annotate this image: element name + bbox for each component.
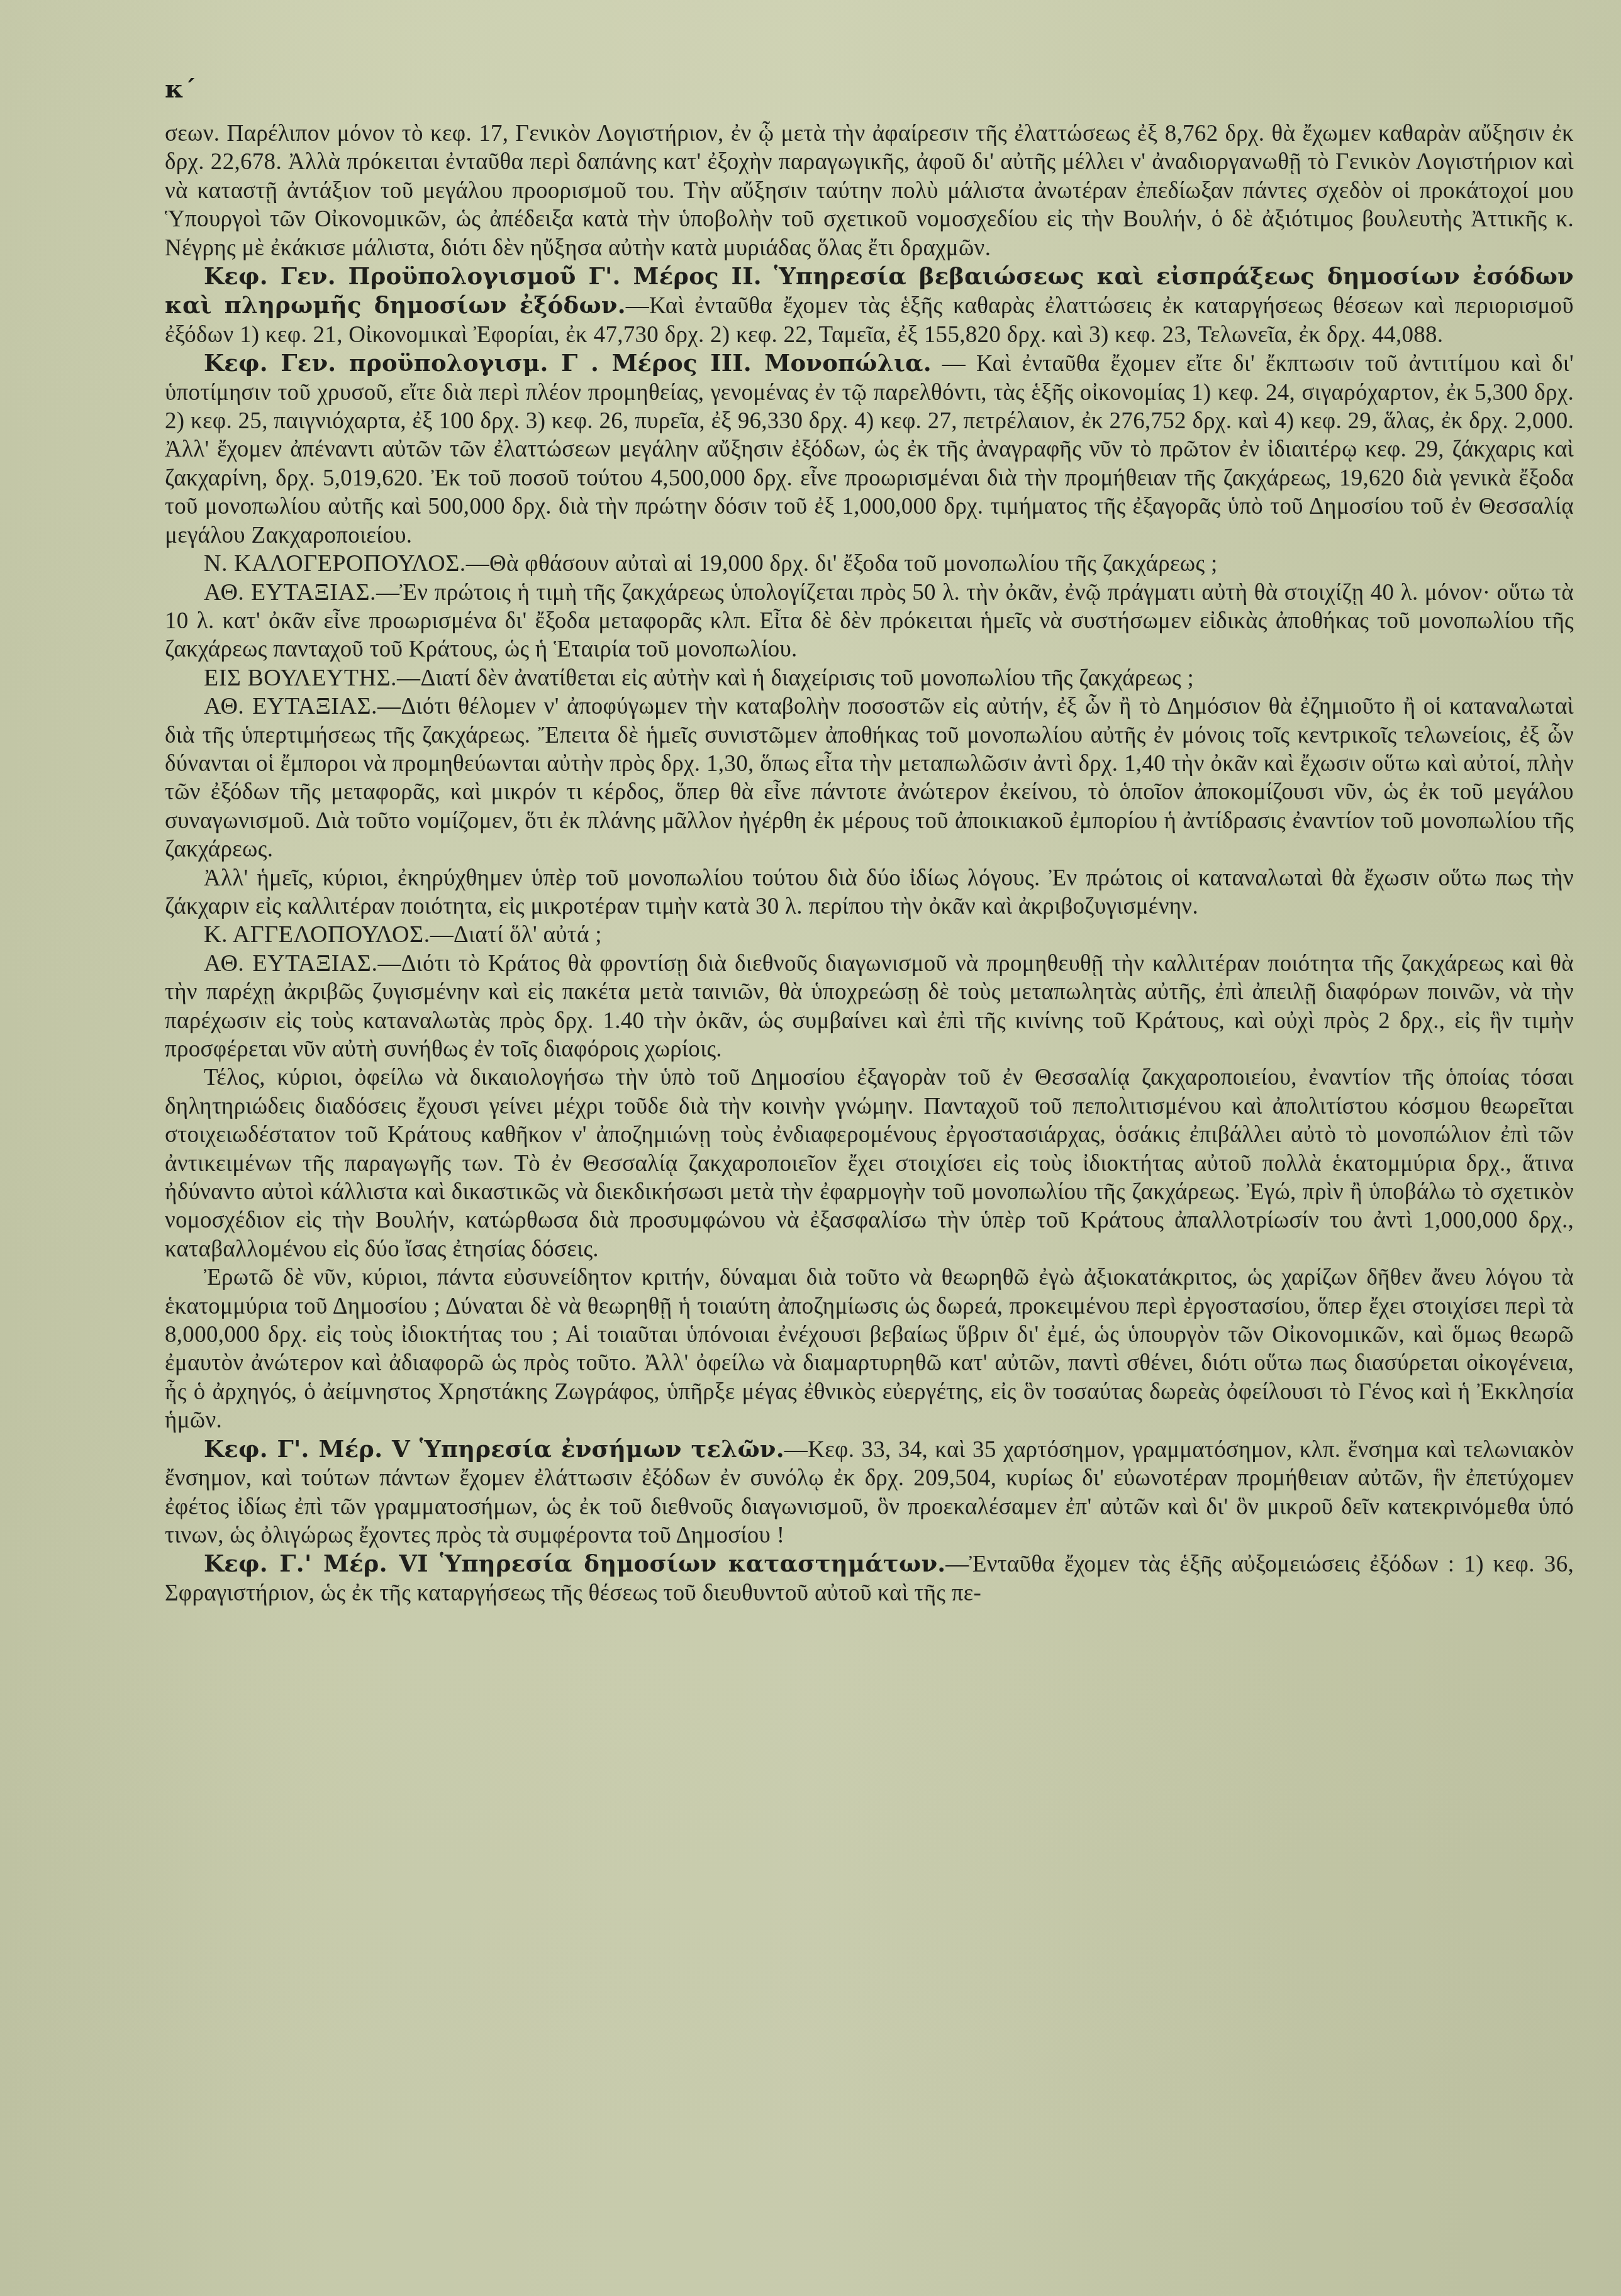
paragraph-text: Τέλος, κύριοι, ὀφείλω νὰ δικαιολογήσω τὴ…: [165, 1065, 1574, 1262]
paragraph-continuation: Ἐρωτῶ δὲ νῦν, κύριοι, πάντα εὐσυνείδητον…: [165, 1263, 1574, 1434]
paragraph-general-accounting: σεων. Παρέλιπον μόνον τὸ κεφ. 17, Γενικὸ…: [165, 119, 1574, 262]
speech-text: —Ἐν πρώτοις ἡ τιμὴ τῆς ζακχάρεως ὑπολογί…: [165, 580, 1574, 663]
speaker-name: ΑΘ. ΕΥΤΑΞΙΑΣ.: [204, 579, 376, 606]
paragraph-monopolies: Κεφ. Γεν. προϋπολογισμ. Γ . Μέρος ΙΙΙ. Μ…: [165, 349, 1574, 550]
speech-text: —Θὰ φθάσουν αὐταὶ αἱ 19,000 δρχ. δι' ἔξο…: [466, 551, 1218, 577]
speech-text: —Διατί δὲν ἀνατίθεται εἰς αὐτὴν καὶ ἡ δι…: [397, 665, 1194, 691]
paragraph-text: — Καὶ ἐνταῦθα ἔχομεν εἴτε δι' ἔκπτωσιν τ…: [165, 351, 1574, 548]
section-heading: Κεφ. Γεν. προϋπολογισμ. Γ . Μέρος ΙΙΙ. Μ…: [204, 349, 932, 377]
paragraph-stamp-duties: Κεφ. Γ'. Μέρ. V Ὑπηρεσία ἐνσήμων τελῶν.—…: [165, 1435, 1574, 1550]
paragraph-speech: ΑΘ. ΕΥΤΑΞΙΑΣ.—Ἐν πρώτοις ἡ τιμὴ τῆς ζακχ…: [165, 579, 1574, 664]
paragraph-text: Ἀλλ' ἡμεῖς, κύριοι, ἐκηρύχθημεν ὑπὲρ τοῦ…: [165, 865, 1574, 919]
page-number-marker: κ΄: [165, 74, 196, 104]
document-body: σεων. Παρέλιπον μόνον τὸ κεφ. 17, Γενικὸ…: [165, 119, 1574, 1607]
speaker-name: ΑΘ. ΕΥΤΑΞΙΑΣ.: [204, 950, 377, 977]
paragraph-text: σεων. Παρέλιπον μόνον τὸ κεφ. 17, Γενικὸ…: [165, 121, 1574, 261]
paragraph-public-establishments: Κεφ. Γ.' Μέρ. VI Ὑπηρεσία δημοσίων κατασ…: [165, 1550, 1574, 1607]
section-heading: Κεφ. Γ.' Μέρ. VI Ὑπηρεσία δημοσίων κατασ…: [204, 1550, 945, 1577]
paragraph-text: Ἐρωτῶ δὲ νῦν, κύριοι, πάντα εὐσυνείδητον…: [165, 1265, 1574, 1433]
speaker-name: ΕΙΣ ΒΟΥΛΕΥΤΗΣ.: [204, 665, 397, 691]
paragraph-speech: Ν. ΚΑΛΟΓΕΡΟΠΟΥΛΟΣ.—Θὰ φθάσουν αὐταὶ αἱ 1…: [165, 550, 1574, 578]
speaker-name: Κ. ΑΓΓΕΛΟΠΟΥΛΟΣ.: [204, 921, 430, 948]
section-heading: Κεφ. Γ'. Μέρ. V Ὑπηρεσία ἐνσήμων τελῶν.: [204, 1435, 784, 1463]
paragraph-continuation: Τέλος, κύριοι, ὀφείλω νὰ δικαιολογήσω τὴ…: [165, 1063, 1574, 1263]
paragraph-revenue-service: Κεφ. Γεν. Προϋπολογισμοῦ Γ'. Μέρος ΙΙ. Ὑ…: [165, 262, 1574, 349]
paragraph-speech: ΕΙΣ ΒΟΥΛΕΥΤΗΣ.—Διατί δὲν ἀνατίθεται εἰς …: [165, 664, 1574, 692]
paragraph-speech: ΑΘ. ΕΥΤΑΞΙΑΣ.—Διότι τὸ Κράτος θὰ φροντίσ…: [165, 950, 1574, 1064]
speech-text: —Διατί ὅλ' αὐτά ;: [430, 922, 602, 948]
speaker-name: Ν. ΚΑΛΟΓΕΡΟΠΟΥΛΟΣ.: [204, 550, 466, 577]
paragraph-speech: Κ. ΑΓΓΕΛΟΠΟΥΛΟΣ.—Διατί ὅλ' αὐτά ;: [165, 921, 1574, 949]
paragraph-speech: ΑΘ. ΕΥΤΑΞΙΑΣ.—Διότι θέλομεν ν' ἀποφύγωμε…: [165, 692, 1574, 863]
speaker-name: ΑΘ. ΕΥΤΑΞΙΑΣ.: [204, 693, 377, 719]
paragraph-continuation: Ἀλλ' ἡμεῖς, κύριοι, ἐκηρύχθημεν ὑπὲρ τοῦ…: [165, 864, 1574, 921]
